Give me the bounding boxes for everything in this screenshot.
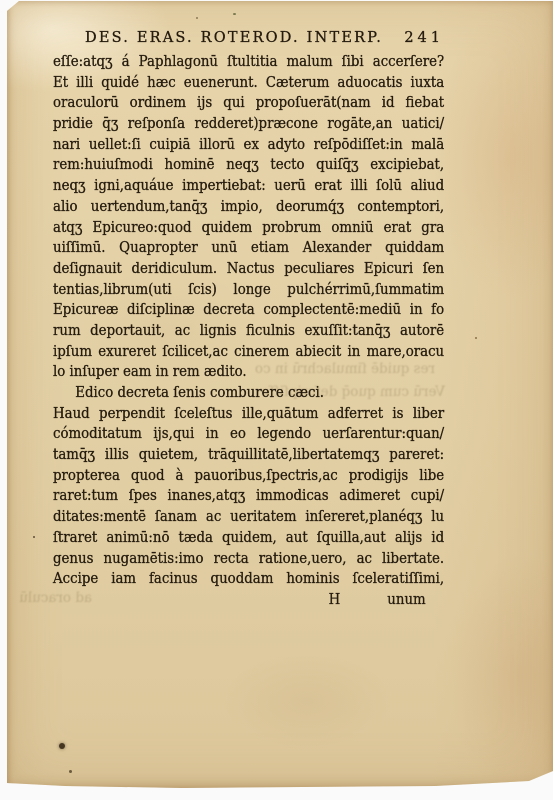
text-line: eſſe:atqʒ á Paphlagonū ſtultitia malum ſ… <box>53 51 444 72</box>
paper-speck <box>69 770 72 773</box>
text-line: rum deportauit, ac lignis ficulnis exuſſ… <box>53 320 444 341</box>
text-line: uiſſimū. Quapropter unū etiam Alexander … <box>53 237 444 258</box>
text-line: Et illi quidé hæc euenerunt. Cæterum adu… <box>53 72 444 93</box>
paper-speck <box>233 13 236 15</box>
text-line: raret:tum ſpes inanes,atqʒ immodicas adi… <box>53 485 444 506</box>
text-line: neqʒ igni,aquáue impertiebat: uerū erat … <box>53 175 444 196</box>
text-line: alio uertendum,tanq̄ʒ impio, deorumq́ʒ c… <box>53 196 444 217</box>
text-line: tamq̄ʒ illis quietem, trāquillitatē,libe… <box>53 444 444 465</box>
text-line: Epicureæ diſciplinæ decreta complectentē… <box>53 299 444 320</box>
book-page: res quidē ſimulachrū in coVerū cum quoq̄… <box>7 1 553 788</box>
signature-line: H unum <box>53 589 444 610</box>
text-line: oraculorū ordinem ijs qui propoſuerāt(na… <box>53 92 444 113</box>
text-line: ipſum exureret ſcilicet,ac cinerem abiec… <box>53 341 444 362</box>
text-line: propterea quod à pauoribus,ſpectris,ac p… <box>53 465 444 486</box>
text-line: cómoditatum ijs,qui in eo legendo uerſar… <box>53 423 444 444</box>
text-line: deſignauit deridiculum. Nactus peculiare… <box>53 258 444 279</box>
wormhole-mark <box>59 743 65 749</box>
screenshot-root: { "document": { "header": { "title": "DE… <box>0 0 553 800</box>
body-text: eſſe:atqʒ á Paphlagonū ſtultitia malum ſ… <box>53 51 444 610</box>
text-line: Haud perpendit ſceleſtus ille,quātum adf… <box>53 403 444 424</box>
paper-speck <box>475 337 477 339</box>
running-title: DES. ERAS. ROTEROD. INTERP. <box>85 30 383 46</box>
text-line: ſtraret animū:nō tæda quidem, aut ſquill… <box>53 527 444 548</box>
text-lines: eſſe:atqʒ á Paphlagonū ſtultitia malum ſ… <box>53 51 444 589</box>
text-line: genus nugamētis:imo recta ratione,uero, … <box>53 548 444 569</box>
text-line: atqʒ Epicureo:quod quidem probrum omniū … <box>53 217 444 238</box>
text-line: ditates:mentē ſanam ac ueritatem inſerer… <box>53 506 444 527</box>
text-line: lo inſuper eam in rem ædito. <box>53 361 444 382</box>
catchword: unum <box>387 589 425 610</box>
page-header: DES. ERAS. ROTEROD. INTERP. 241 <box>85 30 444 46</box>
paper-speck <box>196 17 198 19</box>
paper-speck <box>33 536 35 538</box>
text-line: Edico decreta ſenis comburere cæci. <box>53 382 444 403</box>
text-line: Accipe iam facinus quoddam hominis ſcele… <box>53 568 444 589</box>
page-number: 241 <box>404 30 444 46</box>
signature-mark: H <box>329 589 341 610</box>
text-line: nari uellet:ſi cuipiā illorū ex adyto re… <box>53 134 444 155</box>
text-line: rem:huiuſmodi hominē neqʒ tecto quiſq̄ʒ … <box>53 154 444 175</box>
text-line: pridie q̄ʒ reſponſa redderet)præcone rog… <box>53 113 444 134</box>
text-line: tentias,librum(uti ſcis) longe pulchérri… <box>53 279 444 300</box>
